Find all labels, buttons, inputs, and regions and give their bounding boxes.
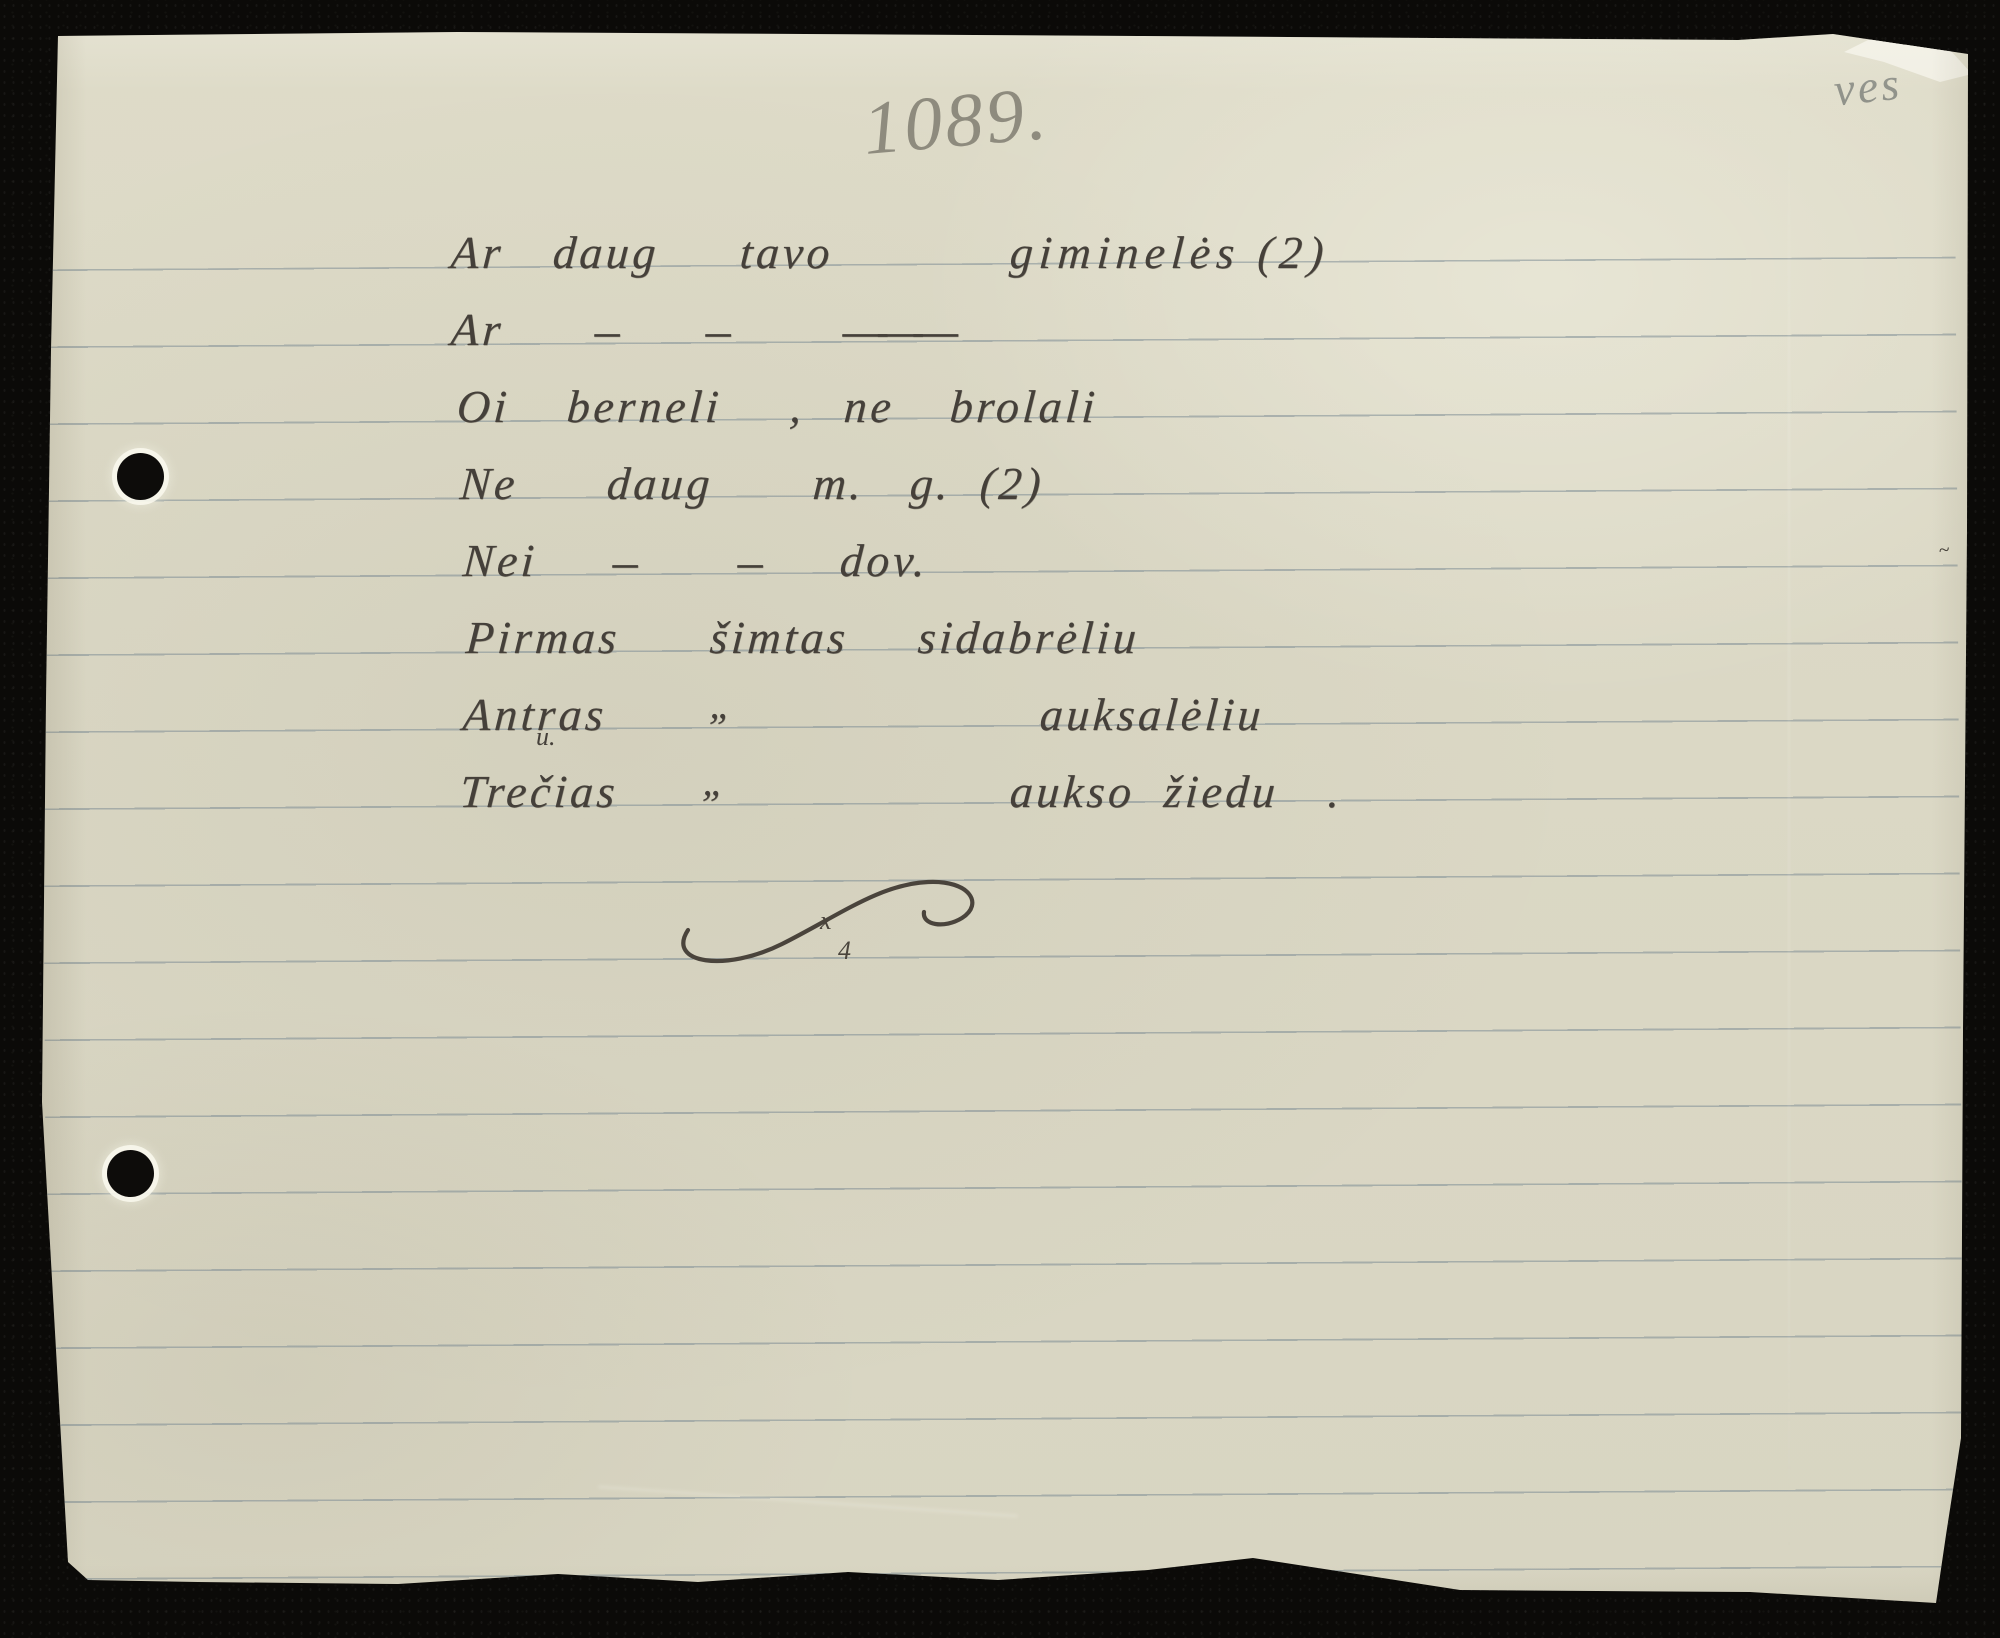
song-line: Pirmas šimtas sidabrėliu bbox=[38, 608, 1938, 672]
song-line: Oi berneli , ne brolali bbox=[38, 377, 1938, 441]
edge-ink-mark: ~ bbox=[1937, 536, 1969, 554]
scan-background: { "colors": { "background": "#0b0a08", "… bbox=[0, 0, 2000, 1638]
handwritten-word: dov. bbox=[838, 531, 931, 591]
handwritten-word: daug bbox=[551, 223, 661, 283]
corner-annotation: ves bbox=[1831, 57, 1904, 117]
handwritten-word: . bbox=[1326, 762, 1345, 822]
handwritten-word: Ar bbox=[449, 223, 506, 283]
punch-hole-bottom bbox=[107, 1150, 154, 1197]
insertion-mark: u. bbox=[536, 722, 556, 752]
handwritten-word: (2) bbox=[978, 454, 1046, 514]
song-line: Ar – – ——— bbox=[38, 300, 1938, 364]
handwritten-word: Trečias bbox=[458, 762, 620, 822]
handwritten-word: žiedu bbox=[1162, 762, 1281, 822]
ditto-dash: – bbox=[611, 531, 640, 591]
handwritten-word: Antras bbox=[461, 685, 609, 745]
handwritten-word: šimtas bbox=[708, 608, 851, 668]
ditto-dash: – bbox=[704, 300, 733, 360]
paper-sheet: ~ 1089. ves Ar daug tavo giminelės (2) A… bbox=[38, 30, 1970, 1612]
diagonal-crease bbox=[598, 1485, 1017, 1517]
handwritten-word: sidabrėliu bbox=[916, 608, 1142, 668]
ditto-mark: „ bbox=[708, 675, 738, 735]
handwritten-word: berneli bbox=[565, 377, 724, 437]
handwritten-word: Nei bbox=[461, 531, 540, 591]
ditto-dash-long: ——— bbox=[841, 300, 952, 360]
ditto-dash: – bbox=[736, 531, 765, 591]
handwritten-word: ne bbox=[842, 377, 897, 437]
handwritten-word: , bbox=[788, 377, 807, 437]
handwritten-word: Pirmas bbox=[464, 608, 622, 668]
handwritten-word: Ar bbox=[449, 300, 506, 360]
ditto-mark: „ bbox=[701, 752, 731, 812]
flourish-mark-upper: x bbox=[820, 906, 832, 936]
handwritten-word: m. bbox=[811, 454, 867, 514]
ditto-dash: – bbox=[593, 300, 622, 360]
handwritten-word: aukso bbox=[1008, 762, 1137, 822]
handwritten-word: auksalėliu bbox=[1038, 685, 1266, 745]
handwritten-word: giminelės (2) bbox=[1008, 223, 1332, 283]
handwritten-word: g. bbox=[908, 454, 954, 514]
catalog-number: 1089. bbox=[860, 70, 1053, 173]
handwritten-word: Oi bbox=[455, 377, 512, 437]
flourish-mark-lower: 4 bbox=[838, 936, 851, 966]
song-line: Ar daug tavo giminelės (2) bbox=[38, 223, 1938, 287]
song-line: Ne daug m. g. (2) bbox=[38, 454, 1938, 518]
song-line: Antras „ auksalėliu bbox=[38, 685, 1938, 749]
handwritten-word: daug bbox=[605, 454, 715, 514]
handwritten-word: tavo bbox=[738, 223, 835, 283]
pen-flourish bbox=[674, 868, 994, 978]
song-line: Trečias „ aukso žiedu . bbox=[38, 762, 1938, 826]
handwritten-word: Ne bbox=[458, 454, 520, 514]
song-line: Nei – – dov. bbox=[38, 531, 1938, 595]
handwritten-word: brolali bbox=[948, 377, 1100, 437]
